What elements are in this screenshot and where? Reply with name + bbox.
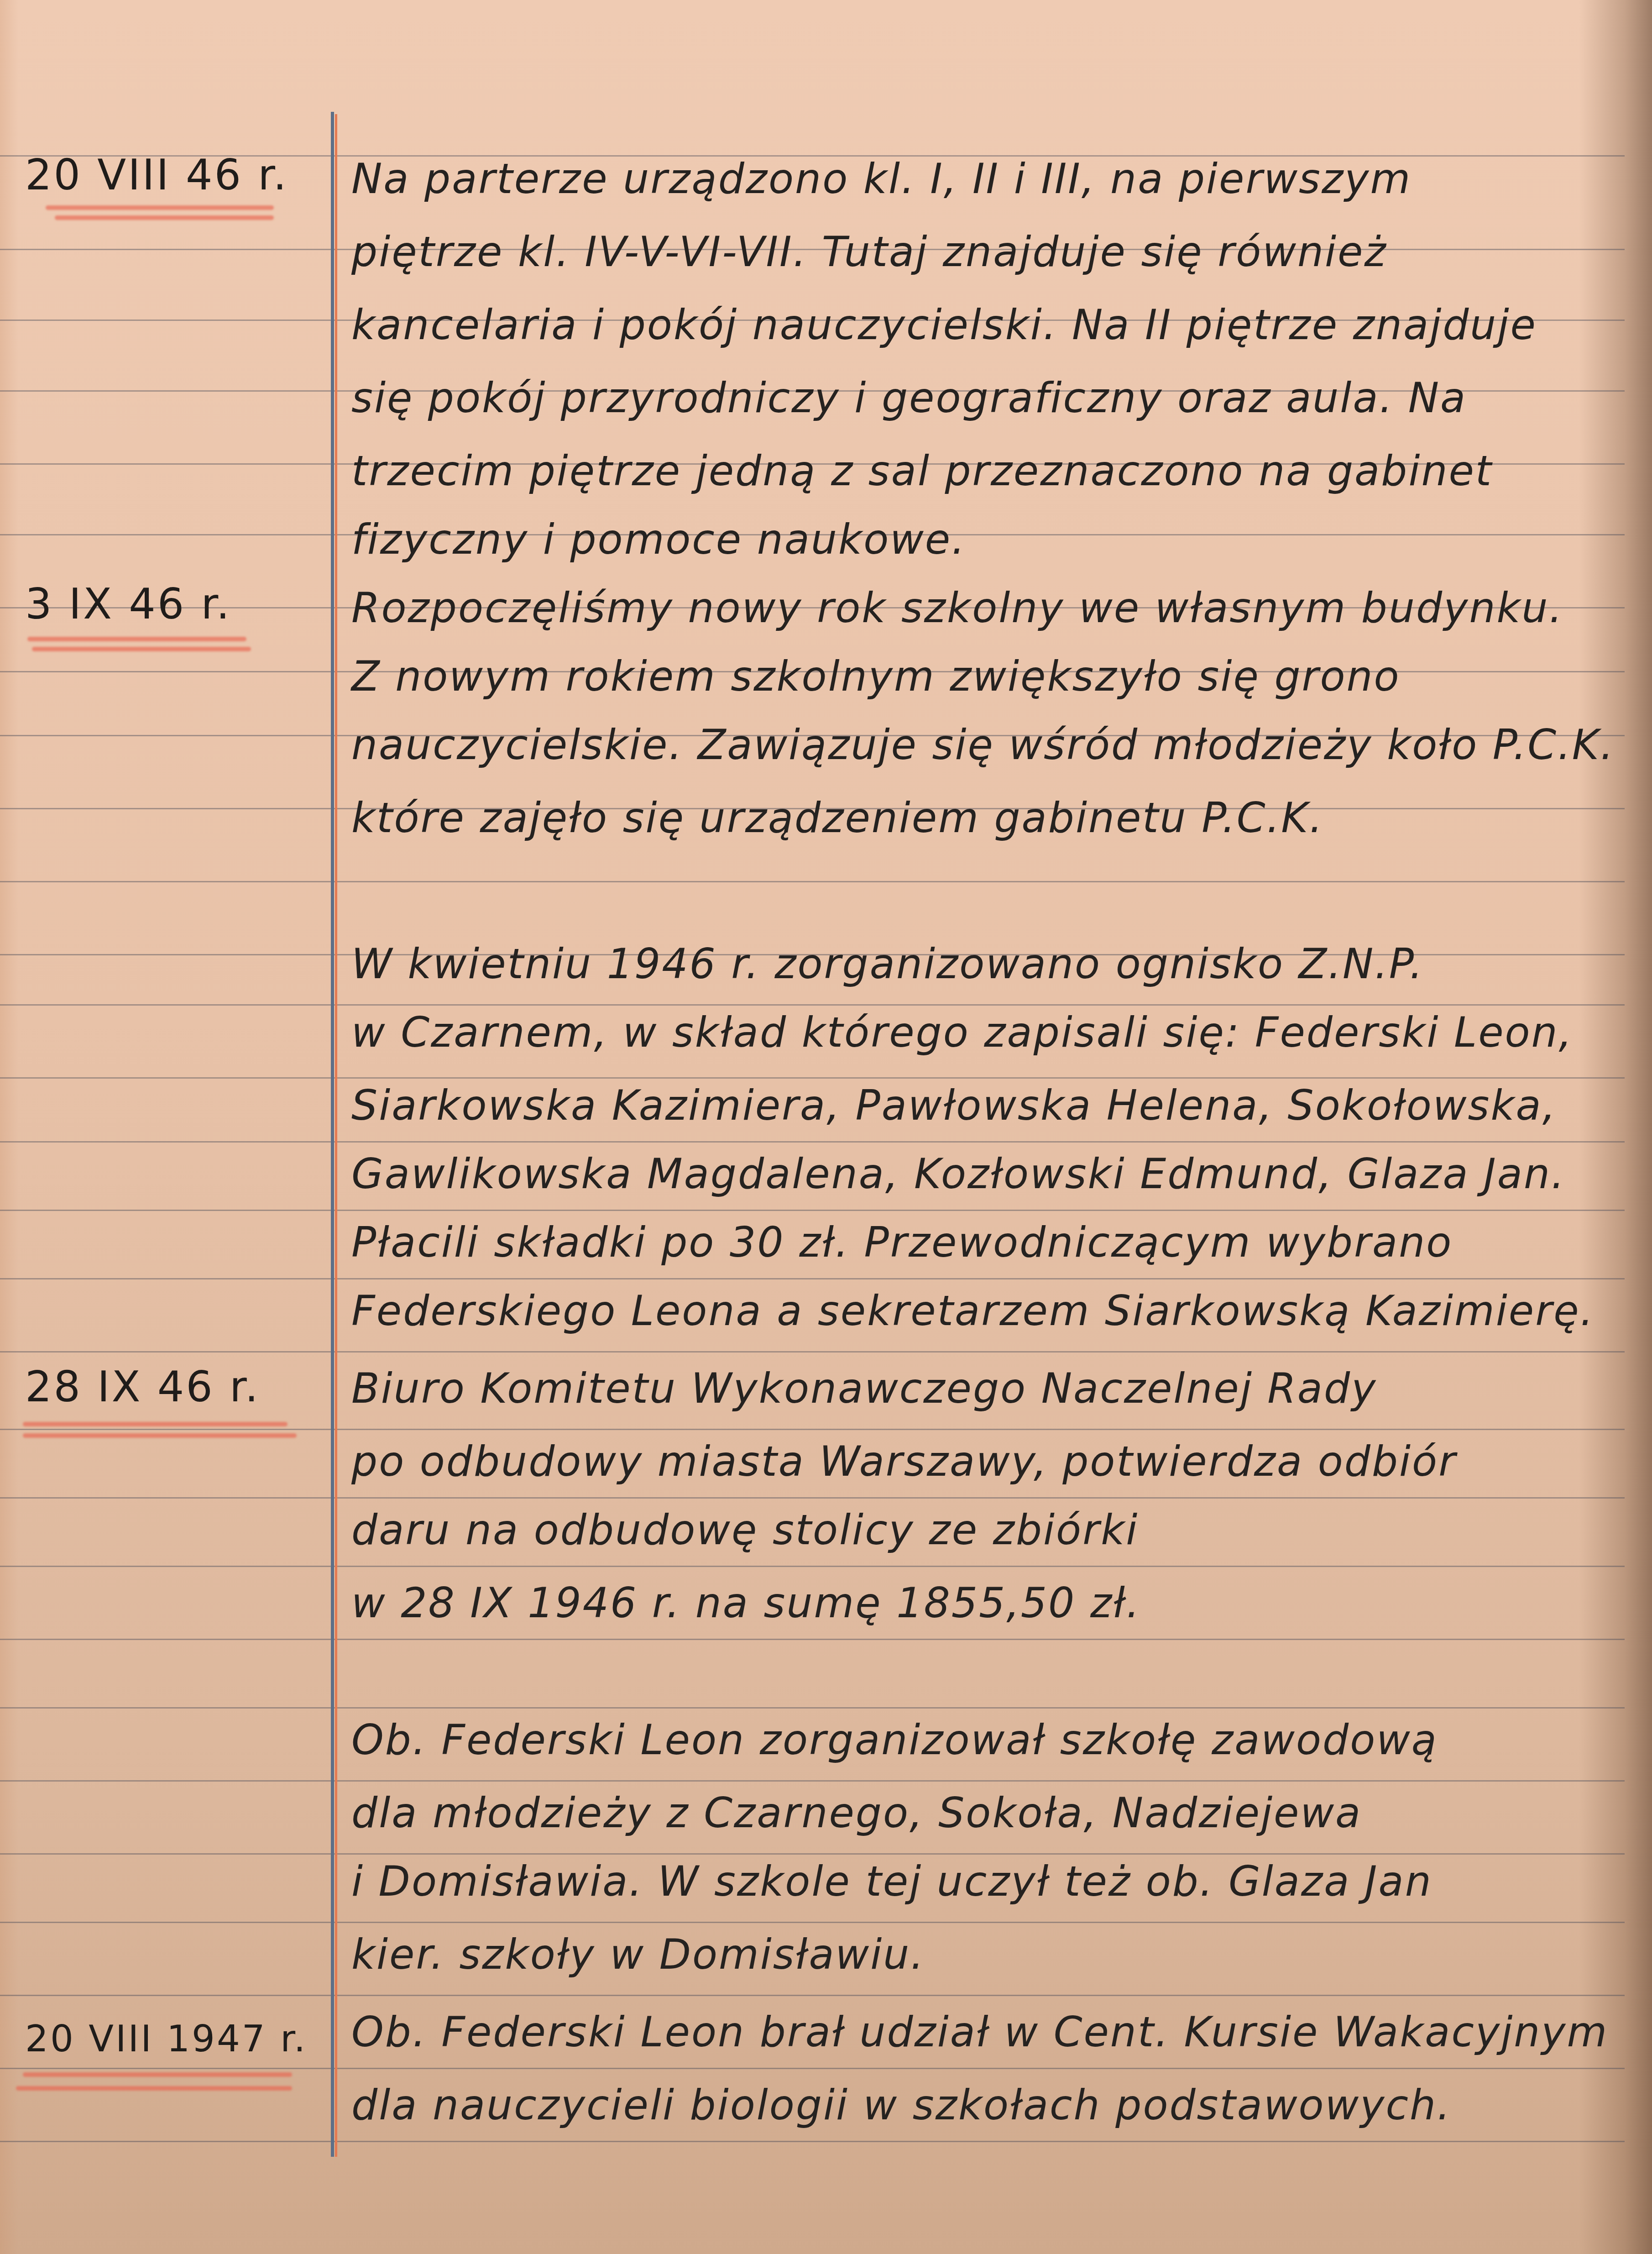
date-underline <box>32 647 251 651</box>
date-underline <box>23 1433 297 1438</box>
text-line: piętrze kl. IV-V-VI-VII. Tutaj znajduje … <box>351 228 1620 276</box>
entry-date: 3 IX 46 r. <box>25 580 299 629</box>
text-line: kier. szkoły w Domisławiu. <box>351 1931 1620 1979</box>
text-line: i Domisławia. W szkole tej uczył też ob.… <box>351 1858 1620 1906</box>
text-line: Na parterze urządzono kl. I, II i III, n… <box>351 155 1620 203</box>
text-line: Federskiego Leona a sekretarzem Siarkows… <box>351 1287 1620 1335</box>
notebook-page: 20 VIII 46 r. Na parterze urządzono kl. … <box>0 0 1652 2254</box>
ruled-line <box>0 1639 1625 1640</box>
entry-date: 20 VIII 46 r. <box>25 151 299 199</box>
entry-date: 20 VIII 1947 r. <box>25 2018 299 2060</box>
ruled-line <box>0 1278 1625 1279</box>
ruled-line <box>0 1141 1625 1143</box>
text-line: po odbudowy miasta Warszawy, potwierdza … <box>351 1438 1620 1486</box>
ruled-line <box>0 1004 1625 1006</box>
date-underline <box>16 2086 292 2091</box>
ruled-line <box>0 1780 1625 1782</box>
text-line: Ob. Federski Leon zorganizował szkołę za… <box>351 1716 1620 1764</box>
ruled-line <box>0 1210 1625 1211</box>
ruled-line <box>0 881 1625 882</box>
ruled-line <box>0 1922 1625 1923</box>
ruled-line <box>0 1707 1625 1709</box>
ruled-line <box>0 1995 1625 1996</box>
ruled-line <box>0 2141 1625 2142</box>
date-underline <box>23 1422 288 1426</box>
margin-line-blue <box>331 112 334 2157</box>
text-line: trzecim piętrze jedną z sal przeznaczono… <box>351 447 1620 495</box>
text-line: Siarkowska Kazimiera, Pawłowska Helena, … <box>351 1082 1620 1130</box>
text-line: Biuro Komitetu Wykonawczego Naczelnej Ra… <box>351 1365 1620 1413</box>
date-underline <box>46 205 274 210</box>
text-line: Z nowym rokiem szkolnym zwiększyło się g… <box>351 653 1620 701</box>
margin-line-orange <box>335 114 337 2157</box>
text-line: kancelaria i pokój nauczycielski. Na II … <box>351 301 1620 349</box>
text-line: W kwietniu 1946 r. zorganizowano ognisko… <box>351 940 1620 988</box>
text-line: Płacili składki po 30 zł. Przewodniczący… <box>351 1219 1620 1267</box>
date-underline <box>23 2072 292 2077</box>
text-line: w Czarnem, w skład którego zapisali się:… <box>351 1009 1620 1057</box>
date-underline <box>27 637 246 641</box>
text-line: dla nauczycieli biologii w szkołach pods… <box>351 2081 1620 2129</box>
text-line: dla młodzieży z Czarnego, Sokoła, Nadzie… <box>351 1789 1620 1837</box>
ruled-line <box>0 1351 1625 1352</box>
ruled-line <box>0 1497 1625 1499</box>
text-line: Ob. Federski Leon brał udział w Cent. Ku… <box>351 2008 1620 2056</box>
text-line: Rozpoczęliśmy nowy rok szkolny we własny… <box>351 584 1620 632</box>
text-line: daru na odbudowę stolicy ze zbiórki <box>351 1506 1620 1554</box>
date-underline <box>55 215 274 220</box>
text-line: się pokój przyrodniczy i geograficzny or… <box>351 374 1620 422</box>
entry-date: 28 IX 46 r. <box>25 1363 299 1411</box>
text-line: Gawlikowska Magdalena, Kozłowski Edmund,… <box>351 1150 1620 1198</box>
text-line: nauczycielskie. Zawiązuje się wśród młod… <box>351 721 1620 769</box>
ruled-line <box>0 2068 1625 2069</box>
ruled-line <box>0 1853 1625 1855</box>
text-line: w 28 IX 1946 r. na sumę 1855,50 zł. <box>351 1579 1620 1627</box>
text-line: fizyczny i pomoce naukowe. <box>351 516 1620 564</box>
text-line: które zajęło się urządzeniem gabinetu P.… <box>351 794 1620 842</box>
ruled-line <box>0 1077 1625 1079</box>
ruled-line <box>0 1566 1625 1567</box>
ruled-line <box>0 1429 1625 1430</box>
